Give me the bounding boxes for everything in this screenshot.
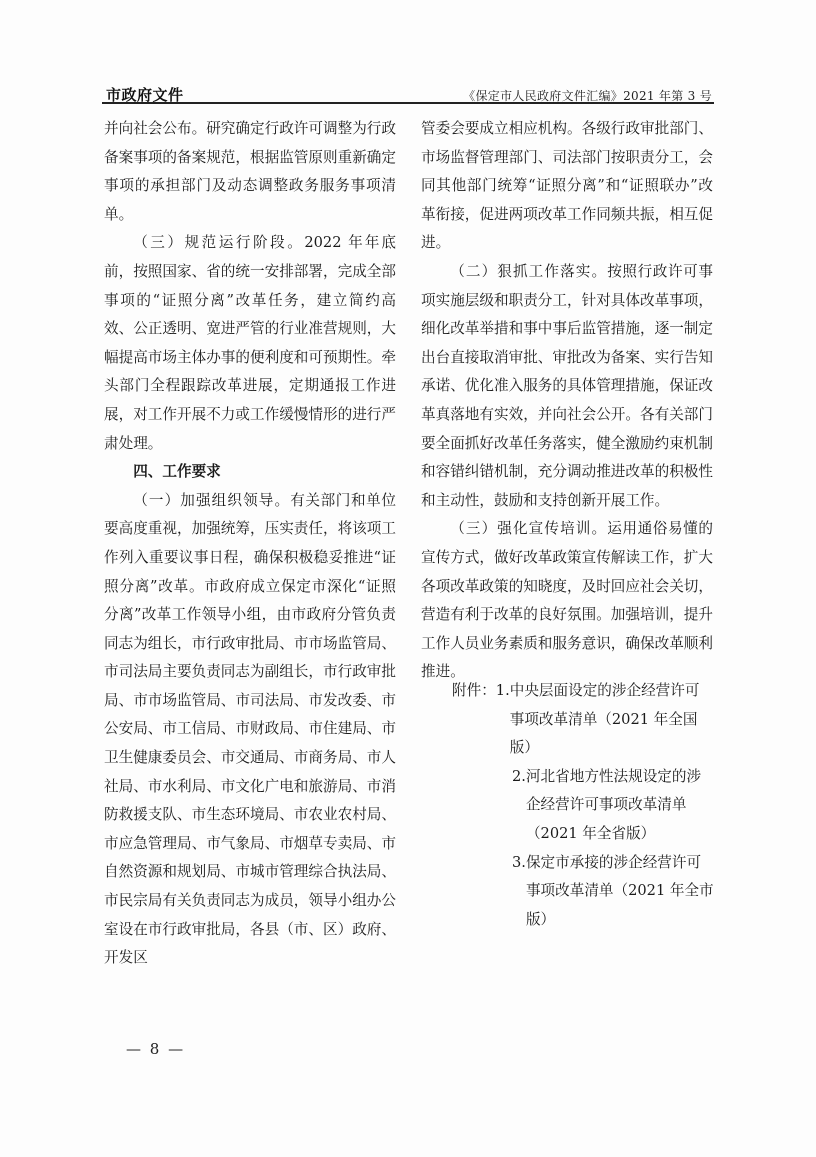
attachment-title: 中央层面设定的涉企经营许可事项改革清单（2021 年全国版）	[510, 677, 714, 763]
paragraph-body: 按照行政许可事项实施层级和职责分工，针对具体改革事项，细化改革举措和事中事后监管…	[421, 263, 713, 509]
subheading: （二）狠抓工作落实。	[450, 263, 607, 280]
attachment-item: 3. 保定市承接的涉企经营许可事项改革清单（2021 年全市版）	[452, 849, 714, 935]
paragraph: （三）强化宣传培训。运用通俗易懂的宣传方式，做好改革政策宣传解读工作，扩大各项改…	[421, 515, 713, 687]
page-number: — 8 —	[126, 1040, 185, 1058]
subheading: （一）加强组织领导。	[133, 492, 290, 509]
paragraph-body: 有关部门和单位要高度重视，加强统筹，压实责任，将该项工作列入重要议事日程，确保积…	[104, 492, 396, 967]
paragraph-body: 运用通俗易懂的宣传方式，做好改革政策宣传解读工作，扩大各项改革政策的知晓度，及时…	[421, 520, 713, 680]
paragraph: （二）狠抓工作落实。按照行政许可事项实施层级和职责分工，针对具体改革事项，细化改…	[421, 258, 713, 515]
attachment-number: 3.	[512, 849, 526, 935]
paragraph: （三）规范运行阶段。2022 年年底前，按照国家、省的统一安排部署，完成全部事项…	[104, 229, 396, 458]
paragraph: （一）加强组织领导。有关部门和单位要高度重视，加强统筹，压实责任，将该项工作列入…	[104, 487, 396, 973]
attachment-title: 保定市承接的涉企经营许可事项改革清单（2021 年全市版）	[526, 849, 714, 935]
attachments-label: 附件：	[452, 677, 496, 763]
paragraph: 并向社会公布。研究确定行政许可调整为行政备案事项的备案规范，根据监管原则重新确定…	[104, 115, 396, 229]
attachments-list: 附件： 1. 中央层面设定的涉企经营许可事项改革清单（2021 年全国版） 2.…	[452, 677, 714, 934]
attachment-number: 2.	[512, 763, 526, 849]
attachment-number: 1.	[496, 677, 510, 763]
attachment-item: 2. 河北省地方性法规设定的涉企经营许可事项改革清单（2021 年全省版）	[452, 763, 714, 849]
header-rule	[102, 102, 714, 104]
paragraph: 管委会要成立相应机构。各级行政审批部门、市场监督管理部门、司法部门按职责分工，会…	[421, 115, 713, 258]
document-page: 市政府文件 《保定市人民政府文件汇编》2021 年第 3 号 并向社会公布。研究…	[0, 0, 816, 1157]
subheading: （三）强化宣传培训。	[450, 520, 607, 537]
attachment-item: 附件： 1. 中央层面设定的涉企经营许可事项改革清单（2021 年全国版）	[452, 677, 714, 763]
paragraph-body: 2022 年年底前，按照国家、省的统一安排部署，完成全部事项的“证照分离”改革任…	[104, 234, 396, 451]
attachment-title: 河北省地方性法规设定的涉企经营许可事项改革清单（2021 年全省版）	[526, 763, 714, 849]
subheading: （三）规范运行阶段。	[133, 234, 304, 251]
right-column: 管委会要成立相应机构。各级行政审批部门、市场监督管理部门、司法部门按职责分工，会…	[421, 115, 713, 687]
left-column: 并向社会公布。研究确定行政许可调整为行政备案事项的备案规范，根据监管原则重新确定…	[104, 115, 396, 973]
section-heading: 四、工作要求	[104, 458, 396, 487]
